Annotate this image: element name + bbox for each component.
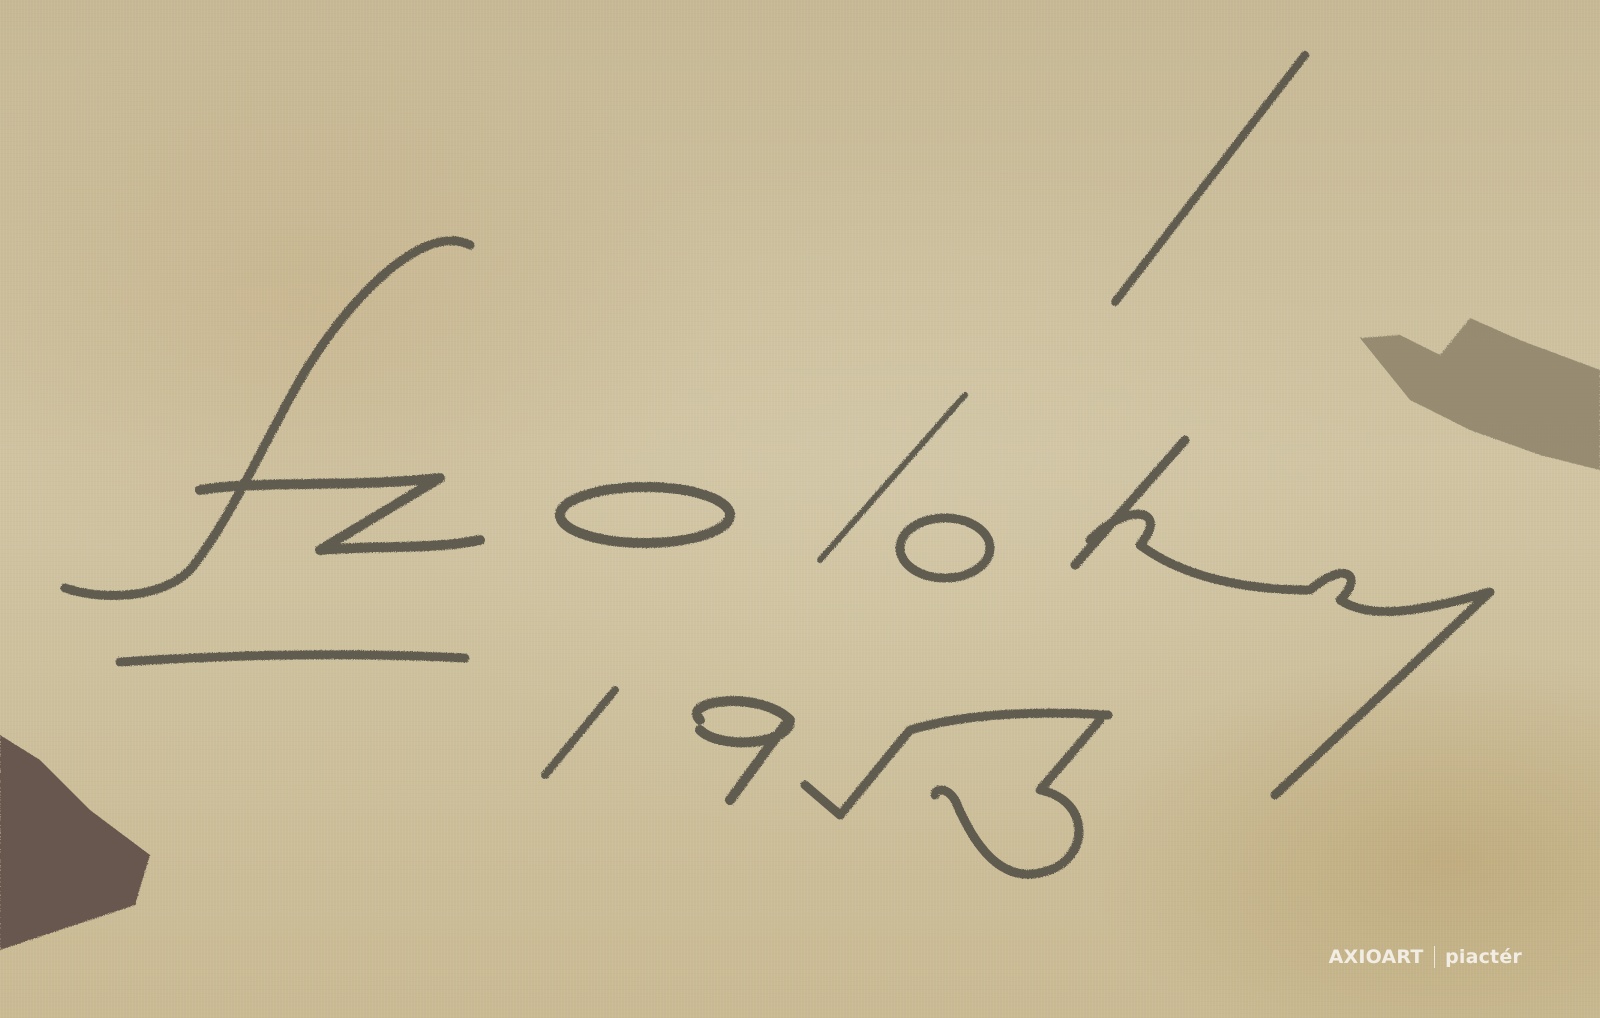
- watermark-sub: piactér: [1445, 946, 1522, 968]
- wash-left-shape: [0, 735, 150, 950]
- signature-letter-o2: [900, 518, 990, 578]
- signature-underline: [120, 655, 465, 662]
- signature-letter-ey: [1275, 573, 1490, 795]
- signature-letter-l: [820, 395, 965, 560]
- signature-letter-k: [1075, 440, 1310, 590]
- signature-letter-o1: [560, 487, 730, 543]
- year-digit-1: [545, 690, 615, 775]
- watermark-separator: [1434, 946, 1436, 968]
- watermark: AXIOART piactér: [1329, 946, 1522, 968]
- year-digit-3: [935, 720, 1100, 874]
- year-digit-9: [697, 701, 790, 800]
- artwork-layer: [0, 0, 1600, 1018]
- signature-letter-z: [200, 478, 480, 550]
- wash-right-shape: [1360, 318, 1600, 470]
- pencil-stroke-top: [1115, 55, 1305, 302]
- watermark-brand: AXIOART: [1329, 946, 1424, 968]
